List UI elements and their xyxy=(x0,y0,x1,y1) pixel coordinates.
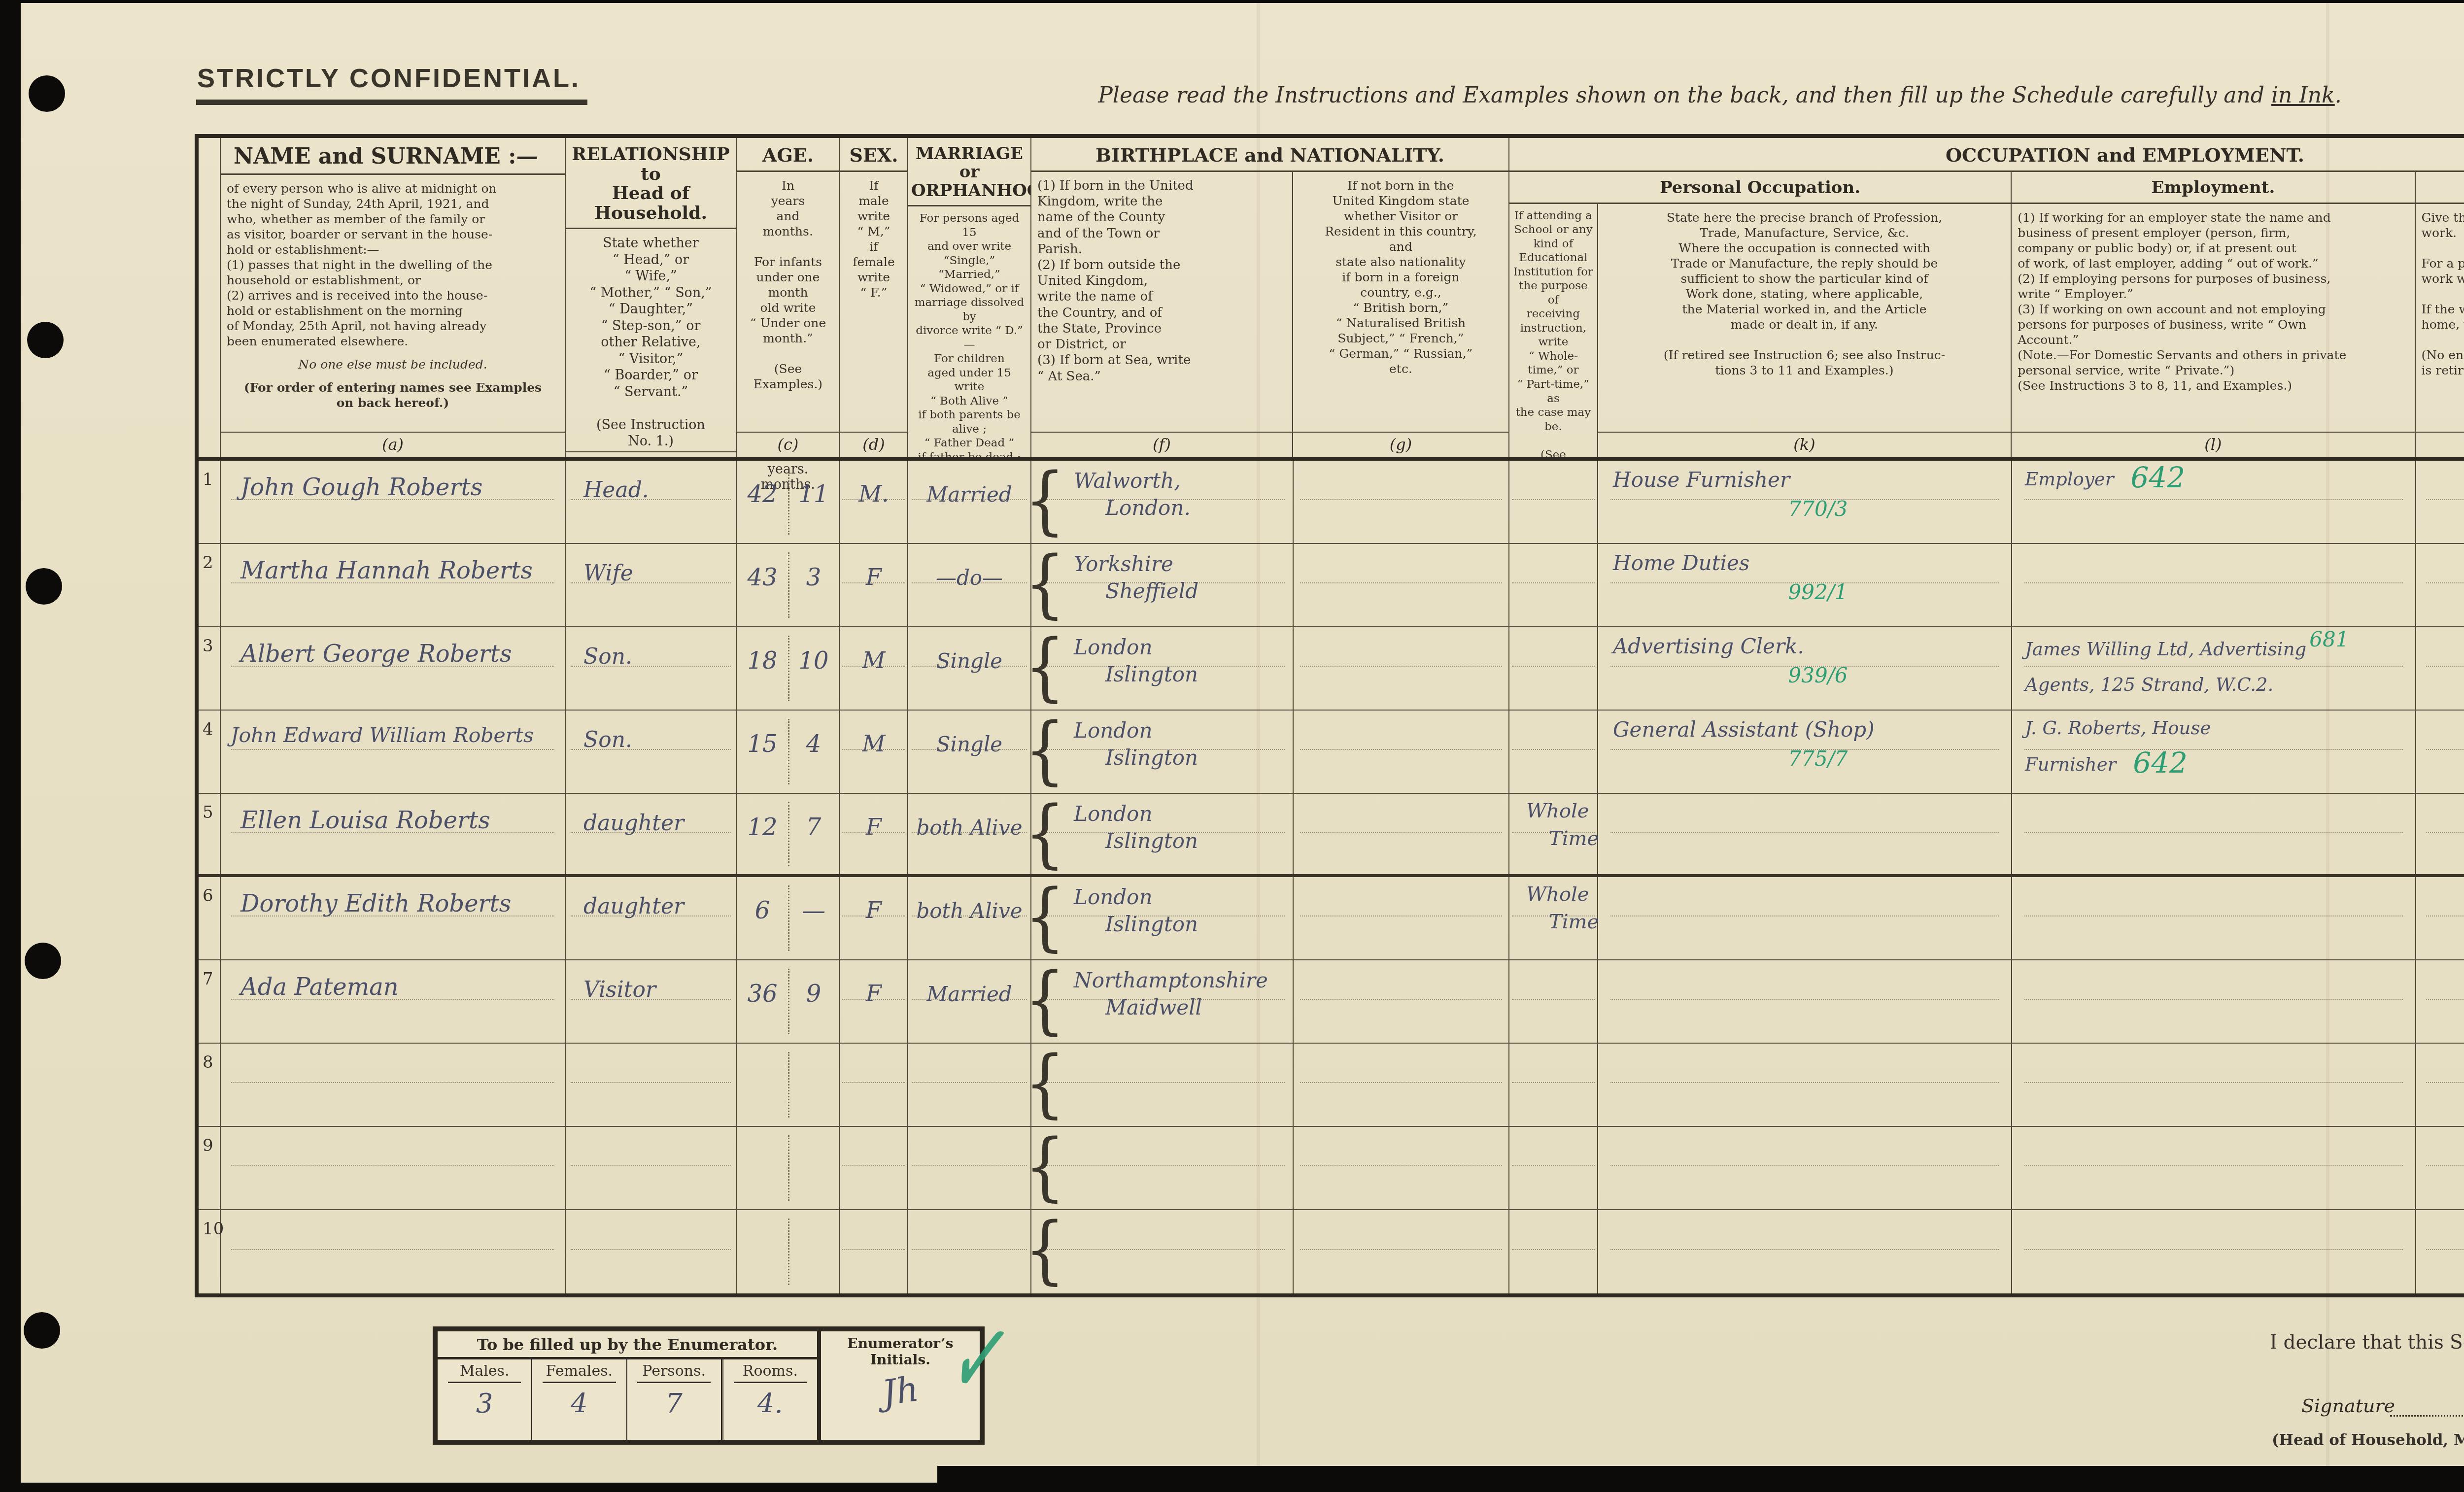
birthplace-line1: London xyxy=(1074,802,1293,826)
birthplace-instructions: (1) If born in the United Kingdom, write… xyxy=(1031,172,1292,386)
relationship-cell: daughter xyxy=(566,794,737,874)
name-note: No one else must be included. xyxy=(221,351,565,374)
birthplace-cell: { xyxy=(1031,1044,1294,1126)
occupation-value: Home Duties xyxy=(1613,551,2011,575)
employment-line: Furnisher xyxy=(2025,754,2116,775)
school-value: Whole xyxy=(1526,883,1597,906)
person-name: Ada Pateman xyxy=(240,973,565,1001)
school-instructions: If attending a School or any kind of Edu… xyxy=(1509,204,1597,457)
employment-cell xyxy=(2012,1044,2416,1126)
person-name: Ellen Louisa Roberts xyxy=(240,807,565,834)
age-cell xyxy=(737,1210,840,1293)
sex-cell xyxy=(840,1044,908,1126)
header-nationality: If not born in the United Kingdom state … xyxy=(1293,172,1508,457)
place-of-work-value: 125 Strand, W.C.2. xyxy=(2416,670,2464,693)
header-birthplace: (1) If born in the United Kingdom, write… xyxy=(1031,172,1293,457)
relationship-value: Son. xyxy=(583,727,736,752)
employment-title: Employment. xyxy=(2012,172,2415,203)
header-occupation-group: OCCUPATION and EMPLOYMENT. Personal Occu… xyxy=(1509,138,2464,457)
relationship-cell: Wife xyxy=(566,544,737,626)
place-code-green: 4850 xyxy=(2416,631,2464,663)
person-name: John Edward William Roberts xyxy=(231,723,565,747)
stamp-row: 421004 xyxy=(2416,743,2464,774)
census-schedule-table: NAME and SURNAME :— of every person who … xyxy=(195,134,2464,1297)
birthplace-title: BIRTHPLACE and NATIONALITY. xyxy=(1031,138,1508,172)
nationality-cell xyxy=(1294,877,1509,959)
place-of-work-value: 361 Caledonian Rd. xyxy=(2416,717,2464,740)
column-letter-d: (d) xyxy=(840,432,907,457)
name-cell: Martha Hannah Roberts xyxy=(221,544,566,626)
footer-box-title: To be filled up by the Enumerator. xyxy=(438,1331,817,1359)
name-cell xyxy=(221,1044,566,1126)
employment-cell xyxy=(2012,877,2416,959)
relationship-value: daughter xyxy=(583,894,736,919)
marriage-cell: Single xyxy=(908,711,1031,793)
relationship-cell: daughter xyxy=(566,877,737,959)
place-of-work-cell: 361 Caledonian Rd.421004 xyxy=(2416,711,2464,793)
occupation-cell xyxy=(1598,960,2012,1043)
fill-instruction-ink: in Ink xyxy=(2271,83,2335,108)
relationship-value: Visitor xyxy=(583,977,736,1002)
relationship-cell xyxy=(566,1127,737,1209)
nationality-cell xyxy=(1294,794,1509,874)
occupation-cell: House Furnisher770/3 xyxy=(1598,461,2012,543)
occupation-cell xyxy=(1598,1044,2012,1126)
row-number: 7 xyxy=(199,960,221,1043)
school-cell xyxy=(1509,1044,1598,1126)
sex-cell: M xyxy=(840,627,908,710)
marriage-instructions: For persons aged 15 and over write “Sing… xyxy=(908,206,1030,457)
birthplace-line1: Yorkshire xyxy=(1074,552,1293,576)
marriage-title: MARRIAGE or ORPHANHOOD. xyxy=(908,138,1030,206)
person-name: Dorothy Edith Roberts xyxy=(240,890,565,917)
marriage-value: both Alive xyxy=(908,815,1030,840)
column-letter-c: (c) xyxy=(737,432,839,457)
column-letter-a: (a) xyxy=(221,432,565,457)
header-age: AGE. In years and months. For infants un… xyxy=(737,138,840,457)
age-cell: 1810 xyxy=(737,627,840,710)
employment-code: 642 xyxy=(2133,746,2188,780)
birthplace-cell: {LondonIslington xyxy=(1031,794,1294,874)
age-months: 11 xyxy=(788,480,839,508)
nationality-cell xyxy=(1294,1127,1509,1209)
row-number: 8 xyxy=(199,1044,221,1126)
row-number: 1 xyxy=(199,461,221,543)
birthplace-line1: Northamptonshire xyxy=(1074,968,1293,992)
marriage-cell: Single xyxy=(908,627,1031,710)
employment-line: J. G. Roberts, House xyxy=(2025,717,2211,739)
birthplace-cell: {LondonIslington xyxy=(1031,627,1294,710)
summary-column: Rooms.4. xyxy=(723,1359,817,1440)
employment-line: Agents, 125 Strand, W.C.2. xyxy=(2025,674,2273,695)
person-name: Martha Hannah Roberts xyxy=(240,557,565,584)
personal-occupation-title: Personal Occupation. xyxy=(1509,172,2012,203)
table-row: 10{Under OneAge last birthday.1234567891… xyxy=(199,1210,2464,1293)
birthplace-cell: {LondonIslington xyxy=(1031,877,1294,959)
header-place-of-work: Give the address of each person’s place … xyxy=(2416,204,2464,457)
birthplace-cell: {LondonIslington xyxy=(1031,711,1294,793)
employment-line: Employer xyxy=(2025,469,2114,490)
sex-title: SEX. xyxy=(840,138,907,172)
occupation-cell: Advertising Clerk.939/6 xyxy=(1598,627,2012,710)
birthplace-line1: London xyxy=(1074,635,1293,659)
occupation-group-title: OCCUPATION and EMPLOYMENT. xyxy=(1509,138,2464,172)
row-number: 9 xyxy=(199,1127,221,1209)
marriage-cell xyxy=(908,1127,1031,1209)
schedule-paper-edge xyxy=(21,1466,937,1483)
summary-label: Persons. xyxy=(642,1359,706,1380)
marriage-cell: —do— xyxy=(908,544,1031,626)
marriage-cell: Married xyxy=(908,960,1031,1043)
header-personal-occupation: State here the precise branch of Profess… xyxy=(1598,204,2012,457)
stamp-row: 421004 xyxy=(2416,493,2464,524)
name-cell: Albert George Roberts xyxy=(221,627,566,710)
sex-value: M. xyxy=(840,480,907,507)
sex-value: F xyxy=(840,814,907,840)
relationship-cell: Son. xyxy=(566,711,737,793)
table-row: 7Ada PatemanVisitor369FMarried{Northampt… xyxy=(199,960,2464,1044)
relationship-cell: Son. xyxy=(566,627,737,710)
declaration-block: I declare that this Schedule is correctl… xyxy=(2237,1331,2464,1449)
name-cell: Ellen Louisa Roberts xyxy=(221,794,566,874)
place-of-work-cell: 4850125 Strand, W.C.2. xyxy=(2416,627,2464,710)
header-rowno xyxy=(199,138,221,457)
relationship-cell: Visitor xyxy=(566,960,737,1043)
occupation-cell xyxy=(1598,794,2012,874)
name-cell: John Gough Roberts xyxy=(221,461,566,543)
occupation-cell xyxy=(1598,1127,2012,1209)
marriage-cell: both Alive xyxy=(908,794,1031,874)
school-cell xyxy=(1509,544,1598,626)
occupation-value: House Furnisher xyxy=(1613,468,2011,492)
occupation-cell xyxy=(1598,877,2012,959)
signature-note: (Head of Household, Manager of Establish… xyxy=(2237,1431,2464,1449)
marriage-cell: both Alive xyxy=(908,877,1031,959)
place-of-work-title: Place of Work. xyxy=(2416,172,2464,203)
sex-cell: F xyxy=(840,877,908,959)
marriage-cell xyxy=(908,1210,1031,1293)
row-number: 2 xyxy=(199,544,221,626)
brace-mark: { xyxy=(1025,790,1065,877)
birthplace-cell: { xyxy=(1031,1127,1294,1209)
place-of-work-instructions: Give the address of each person’s place … xyxy=(2416,204,2464,380)
age-years: 18 xyxy=(737,647,788,675)
age-months: 7 xyxy=(788,814,839,841)
employment-cell: Employer642 xyxy=(2012,461,2416,543)
person-name: John Gough Roberts xyxy=(240,474,565,501)
summary-column: Females.4 xyxy=(532,1359,627,1440)
name-instructions: of every person who is alive at midnight… xyxy=(221,175,565,351)
table-rows: 1John Gough RobertsHead.years. months.42… xyxy=(199,461,2464,1293)
row-number: 6 xyxy=(199,877,221,959)
header-name: NAME and SURNAME :— of every person who … xyxy=(221,138,566,457)
sex-value: M xyxy=(840,730,907,757)
age-years: 12 xyxy=(737,814,788,841)
nationality-cell xyxy=(1294,1044,1509,1126)
occupation-cell: General Assistant (Shop)775/7 xyxy=(1598,711,2012,793)
age-cell: 154 xyxy=(737,711,840,793)
age-cell: years. months.4211 xyxy=(737,461,840,543)
marriage-cell: Married xyxy=(908,461,1031,543)
age-years: 6 xyxy=(737,897,788,924)
age-cell: 433 xyxy=(737,544,840,626)
header-relationship: RELATIONSHIP to Head of Household. State… xyxy=(566,138,737,457)
employment-cell xyxy=(2012,1210,2416,1293)
sex-cell: M. xyxy=(840,461,908,543)
occupation-cell xyxy=(1598,1210,2012,1293)
relationship-cell xyxy=(566,1044,737,1126)
birthplace-cell: {Walworth,London. xyxy=(1031,461,1294,543)
sex-cell xyxy=(840,1210,908,1293)
name-title: NAME and SURNAME :— xyxy=(221,138,565,175)
relationship-value: Head. xyxy=(583,477,736,503)
age-months: 10 xyxy=(788,647,839,675)
relationship-title: RELATIONSHIP to Head of Household. xyxy=(566,138,736,229)
nationality-cell xyxy=(1294,627,1509,710)
sex-value: M xyxy=(840,647,907,674)
school-cell: WholeTime xyxy=(1509,877,1598,959)
name-cell: John Edward William Roberts xyxy=(221,711,566,793)
occupation-value: General Assistant (Shop) xyxy=(1613,717,2011,742)
employment-cell xyxy=(2012,794,2416,874)
nationality-cell xyxy=(1294,1210,1509,1293)
relationship-value: Wife xyxy=(583,561,736,586)
signature-line xyxy=(2390,1415,2464,1417)
sex-value: F xyxy=(840,564,907,590)
header-marriage: MARRIAGE or ORPHANHOOD. For persons aged… xyxy=(908,138,1031,457)
place-of-work-cell xyxy=(2416,960,2464,1043)
column-letter-l: (l) xyxy=(2012,432,2414,457)
relationship-cell: Head. xyxy=(566,461,737,543)
name-cell xyxy=(221,1210,566,1293)
punch-hole xyxy=(29,75,65,112)
column-letter-f: (f) xyxy=(1031,432,1292,457)
marriage-value: Single xyxy=(908,649,1030,673)
summary-value: 4 xyxy=(571,1388,587,1419)
table-row: 6Dorothy Edith Robertsdaughter6—Fboth Al… xyxy=(199,877,2464,960)
age-years: 15 xyxy=(737,730,788,758)
place-of-work-cell xyxy=(2416,1044,2464,1126)
punch-hole xyxy=(26,568,62,605)
place-of-work-cell xyxy=(2416,794,2464,874)
birthplace-cell: {NorthamptonshireMaidwell xyxy=(1031,960,1294,1043)
name-note2: (For order of entering names see Example… xyxy=(221,374,565,412)
employment-instructions: (1) If working for an employer state the… xyxy=(2012,204,2414,395)
employment-cell xyxy=(2012,960,2416,1043)
age-cell: 369 xyxy=(737,960,840,1043)
summary-value: 7 xyxy=(665,1388,682,1419)
name-cell: Dorothy Edith Roberts xyxy=(221,877,566,959)
personal-occupation-instructions: State here the precise branch of Profess… xyxy=(1598,204,2011,380)
age-months: 4 xyxy=(788,730,839,758)
age-months: 3 xyxy=(788,564,839,591)
age-months: — xyxy=(788,897,839,924)
punch-hole xyxy=(27,322,64,358)
school-cell xyxy=(1509,960,1598,1043)
birthplace-cell: {YorkshireSheffield xyxy=(1031,544,1294,626)
sex-cell: M xyxy=(840,711,908,793)
summary-label: Rooms. xyxy=(743,1359,798,1380)
table-row: 2Martha Hannah RobertsWife433F—do—{Yorks… xyxy=(199,544,2464,627)
school-value: Time xyxy=(1549,827,1597,850)
summary-column: Males.3 xyxy=(438,1359,532,1440)
age-years: 36 xyxy=(737,980,788,1008)
header-employment: (1) If working for an employer state the… xyxy=(2012,204,2415,457)
age-years: 42 xyxy=(737,480,788,508)
declaration-text: I declare that this Schedule is correctl… xyxy=(2237,1331,2464,1354)
summary-value: 4. xyxy=(757,1388,783,1419)
sex-value: F xyxy=(840,980,907,1007)
school-cell xyxy=(1509,461,1598,543)
table-row: 8{Under OneAge last birthday.12345678910… xyxy=(199,1044,2464,1127)
age-instructions: In years and months. For infants under o… xyxy=(737,172,839,394)
relationship-value: Son. xyxy=(583,644,736,669)
marriage-cell xyxy=(908,1044,1031,1126)
column-letter-k: (k) xyxy=(1598,432,2011,457)
header-birthplace-group: BIRTHPLACE and NATIONALITY. (1) If born … xyxy=(1031,138,1509,457)
marriage-value: Married xyxy=(908,982,1030,1006)
row-number: 4 xyxy=(199,711,221,793)
place-of-work-cell xyxy=(2416,1210,2464,1293)
birthplace-line1: London xyxy=(1074,885,1293,909)
place-of-work-cell: At Home421004 xyxy=(2416,461,2464,543)
table-row: 9{Under OneAge last birthday.12345678910… xyxy=(199,1127,2464,1210)
occupation-cell: Home Duties992/1 xyxy=(1598,544,2012,626)
sex-cell xyxy=(840,1127,908,1209)
punch-hole xyxy=(25,943,61,979)
name-cell: Ada Pateman xyxy=(221,960,566,1043)
nationality-cell xyxy=(1294,711,1509,793)
employment-line: James Willing Ltd, Advertising xyxy=(2025,639,2306,660)
birthplace-cell: { xyxy=(1031,1210,1294,1293)
row-number: 5 xyxy=(199,794,221,874)
summary-label: Males. xyxy=(460,1359,510,1380)
birthplace-line1: London xyxy=(1074,718,1293,743)
summary-label: Females. xyxy=(546,1359,613,1380)
age-cell xyxy=(737,1044,840,1126)
age-cell: 127 xyxy=(737,794,840,874)
age-cell: 6— xyxy=(737,877,840,959)
row-number: 3 xyxy=(199,627,221,710)
confidential-heading: STRICTLY CONFIDENTIAL. xyxy=(196,63,587,105)
school-value: Time xyxy=(1549,911,1597,933)
person-name: Albert George Roberts xyxy=(240,640,565,668)
fill-instruction-period: . xyxy=(2335,83,2342,108)
signature-label: Signature xyxy=(2301,1395,2395,1417)
school-value: Whole xyxy=(1526,800,1597,822)
nationality-instructions: If not born in the United Kingdom state … xyxy=(1293,172,1508,378)
sex-cell: F xyxy=(840,960,908,1043)
school-cell xyxy=(1509,627,1598,710)
birthplace-line1: Walworth, xyxy=(1074,469,1293,493)
marriage-value: both Alive xyxy=(908,899,1030,923)
school-cell: WholeTime xyxy=(1509,794,1598,874)
nationality-cell xyxy=(1294,461,1509,543)
school-cell xyxy=(1509,1210,1598,1293)
fill-instruction: Please read the Instructions and Example… xyxy=(1025,83,2415,108)
employment-cell: J. G. Roberts, HouseFurnisher642 xyxy=(2012,711,2416,793)
age-years: 43 xyxy=(737,564,788,591)
employment-cell: James Willing Ltd, Advertising681Agents,… xyxy=(2012,627,2416,710)
sex-instructions: If male write “ M,” if female write “ F.… xyxy=(840,172,907,302)
table-row: 4John Edward William RobertsSon.154MSing… xyxy=(199,711,2464,794)
row-number: 10 xyxy=(199,1210,221,1293)
relationship-instructions: State whether “ Head,” or “ Wife,” “ Mot… xyxy=(566,229,736,451)
column-letter-b: (b) xyxy=(566,451,736,457)
summary-column: Persons.7 xyxy=(627,1359,723,1440)
occupation-value: Advertising Clerk. xyxy=(1613,634,2011,658)
employment-cell xyxy=(2012,544,2416,626)
nationality-cell xyxy=(1294,960,1509,1043)
employment-cell xyxy=(2012,1127,2416,1209)
column-letter-m: (m) xyxy=(2416,432,2464,457)
relationship-cell xyxy=(566,1210,737,1293)
place-of-work-cell xyxy=(2416,877,2464,959)
nationality-cell xyxy=(1294,544,1509,626)
fill-instruction-text: Please read the Instructions and Example… xyxy=(1098,83,2271,108)
place-of-work-value: At Home xyxy=(2416,468,2464,490)
sex-cell: F xyxy=(840,794,908,874)
table-header: NAME and SURNAME :— of every person who … xyxy=(199,138,2464,461)
header-school: If attending a School or any kind of Edu… xyxy=(1509,204,1598,457)
age-cell xyxy=(737,1127,840,1209)
column-letter-g: (g) xyxy=(1293,432,1508,457)
footer-enumerator-box: To be filled up by the Enumerator. Males… xyxy=(433,1326,985,1445)
header-sex: SEX. If male write “ M,” if female write… xyxy=(840,138,908,457)
marriage-value: Single xyxy=(908,732,1030,756)
marriage-value: Married xyxy=(908,482,1030,507)
name-cell xyxy=(221,1127,566,1209)
age-months: 9 xyxy=(788,980,839,1008)
place-of-work-cell xyxy=(2416,544,2464,626)
employment-code: 681 xyxy=(2309,627,2349,651)
punch-hole xyxy=(24,1312,60,1349)
sex-value: F xyxy=(840,897,907,923)
marriage-value: —do— xyxy=(908,566,1030,590)
employment-code: 642 xyxy=(2130,461,2185,494)
place-of-work-cell xyxy=(2416,1127,2464,1209)
summary-value: 3 xyxy=(476,1388,493,1419)
sex-cell: F xyxy=(840,544,908,626)
age-title: AGE. xyxy=(737,138,839,172)
table-row: 1John Gough RobertsHead.years. months.42… xyxy=(199,461,2464,544)
school-cell xyxy=(1509,711,1598,793)
table-row: 5Ellen Louisa Robertsdaughter127Fboth Al… xyxy=(199,794,2464,877)
school-cell xyxy=(1509,1127,1598,1209)
table-row: 3Albert George RobertsSon.1810MSingle{Lo… xyxy=(199,627,2464,711)
